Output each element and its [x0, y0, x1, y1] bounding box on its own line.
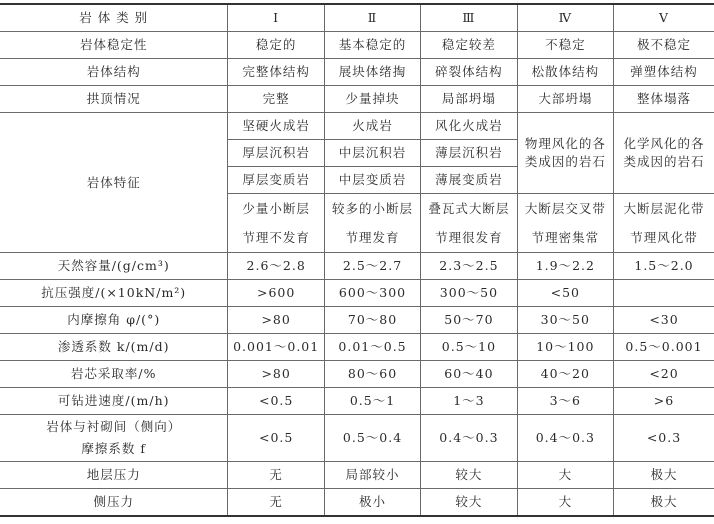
cell: 10～100: [517, 334, 613, 361]
cell: 极不稳定: [614, 32, 714, 59]
row-label: 可钻进速度/(m/h): [0, 388, 228, 415]
cell: 30～50: [517, 307, 613, 334]
row-label: 天然容量/(g/cm³): [0, 253, 228, 280]
table-row-friction-angle: 内摩擦角 φ/(°) >80 70～80 50～70 30～50 <30: [0, 307, 714, 334]
cell: 少量掉块: [324, 86, 420, 113]
cell: 60～40: [421, 361, 517, 388]
cell: 极大: [614, 489, 714, 517]
cell: 叠瓦式大断层 节理很发育: [421, 194, 517, 253]
cell: 较多的小断层 节理发育: [324, 194, 420, 253]
table-row-lining-friction: 岩体与衬砌间（侧向） 摩擦系数 f <0.5 0.5～0.4 0.4～0.3 0…: [0, 415, 714, 462]
row-label: 岩体特征: [0, 113, 228, 253]
cell: 大断层交叉带 节理密集常: [517, 194, 613, 253]
cell-line: 大断层泥化带: [616, 194, 712, 223]
table-row-permeability: 渗透系数 k/(m/d) 0.001～0.01 0.01～0.5 0.5～10 …: [0, 334, 714, 361]
row-label: 抗压强度/(×10kN/m²): [0, 280, 228, 307]
header-label: 岩 体 类 别: [0, 4, 228, 32]
cell: 大: [517, 462, 613, 489]
table-row-strength: 抗压强度/(×10kN/m²) >600 600～300 300～50 <50: [0, 280, 714, 307]
cell: 坚硬火成岩: [228, 113, 324, 140]
cell: 大部坍塌: [517, 86, 613, 113]
cell: 2.6～2.8: [228, 253, 324, 280]
cell-line: 节理不发育: [230, 223, 321, 252]
table-row-density: 天然容量/(g/cm³) 2.6～2.8 2.5～2.7 2.3～2.5 1.9…: [0, 253, 714, 280]
cell-line: 节理密集常: [520, 223, 611, 252]
cell: 厚层沉积岩: [228, 140, 324, 167]
cell: >80: [228, 307, 324, 334]
cell: 极小: [324, 489, 420, 517]
cell: 3～6: [517, 388, 613, 415]
table-row-stability: 岩体稳定性 稳定的 基本稳定的 稳定较差 不稳定 极不稳定: [0, 32, 714, 59]
cell-line: 类成因的岩石: [616, 153, 712, 171]
cell-line: 节理风化带: [616, 223, 712, 252]
cell: 300～50: [421, 280, 517, 307]
cell-line: 大断层交叉带: [520, 194, 611, 223]
table-row-core-recovery: 岩芯采取率/% >80 80～60 60～40 40～20 <20: [0, 361, 714, 388]
cell: 80～60: [324, 361, 420, 388]
cell: 风化火成岩: [421, 113, 517, 140]
cell: 2.3～2.5: [421, 253, 517, 280]
cell: 0.5～0.4: [324, 415, 420, 462]
cell: 50～70: [421, 307, 517, 334]
cell: 0.5～0.001: [614, 334, 714, 361]
cell: 不稳定: [517, 32, 613, 59]
cell: 70～80: [324, 307, 420, 334]
cell: 极大: [614, 462, 714, 489]
cell: 0.5～1: [324, 388, 420, 415]
cell: 大: [517, 489, 613, 517]
cell-weathering-chemical: 化学风化的各 类成因的岩石: [614, 113, 714, 194]
cell: 展块体绪掏: [324, 59, 420, 86]
row-label: 侧压力: [0, 489, 228, 517]
cell: 0.01～0.5: [324, 334, 420, 361]
cell-line: 节理发育: [327, 223, 418, 252]
cell-line: 化学风化的各: [616, 135, 712, 153]
header-class-4: Ⅳ: [517, 4, 613, 32]
cell-line: 少量小断层: [230, 194, 321, 223]
row-label-line: 摩擦系数 f: [2, 438, 225, 460]
header-class-2: Ⅱ: [324, 4, 420, 32]
cell: 火成岩: [324, 113, 420, 140]
table-row-ground-pressure: 地层压力 无 局部较小 较大 大 极大: [0, 462, 714, 489]
row-label: 拱顶情况: [0, 86, 228, 113]
cell: 大断层泥化带 节理风化带: [614, 194, 714, 253]
cell: <0.3: [614, 415, 714, 462]
table-row-lateral-pressure: 侧压力 无 极小 较大 大 极大: [0, 489, 714, 517]
cell: 局部较小: [324, 462, 420, 489]
cell: 较大: [421, 489, 517, 517]
cell: 1.9～2.2: [517, 253, 613, 280]
cell: 局部坍塌: [421, 86, 517, 113]
cell: 无: [228, 489, 324, 517]
header-class-1: Ⅰ: [228, 4, 324, 32]
cell: 0.4～0.3: [517, 415, 613, 462]
cell: 2.5～2.7: [324, 253, 420, 280]
cell: <30: [614, 307, 714, 334]
cell-line: 物理风化的各: [520, 135, 611, 153]
header-row: 岩 体 类 别 Ⅰ Ⅱ Ⅲ Ⅳ Ⅴ: [0, 4, 714, 32]
cell: [614, 280, 714, 307]
cell: 整体塌落: [614, 86, 714, 113]
row-label: 岩体稳定性: [0, 32, 228, 59]
cell: 中层变质岩: [324, 167, 420, 194]
cell-line: 较多的小断层: [327, 194, 418, 223]
cell: <0.5: [228, 415, 324, 462]
row-label: 渗透系数 k/(m/d): [0, 334, 228, 361]
header-class-5: Ⅴ: [614, 4, 714, 32]
cell: 1.5～2.0: [614, 253, 714, 280]
table-row-features-1: 岩体特征 坚硬火成岩 火成岩 风化火成岩 物理风化的各 类成因的岩石 化学风化的…: [0, 113, 714, 140]
rock-classification-table: 岩 体 类 别 Ⅰ Ⅱ Ⅲ Ⅳ Ⅴ 岩体稳定性 稳定的 基本稳定的 稳定较差 不…: [0, 3, 714, 517]
cell: 松散体结构: [517, 59, 613, 86]
table-row-arch: 拱顶情况 完整 少量掉块 局部坍塌 大部坍塌 整体塌落: [0, 86, 714, 113]
cell-line: 类成因的岩石: [520, 153, 611, 171]
cell: 厚层变质岩: [228, 167, 324, 194]
cell: 薄展变质岩: [421, 167, 517, 194]
cell: 40～20: [517, 361, 613, 388]
cell: >6: [614, 388, 714, 415]
cell: 0.4～0.3: [421, 415, 517, 462]
cell: <50: [517, 280, 613, 307]
cell: 基本稳定的: [324, 32, 420, 59]
cell: 0.001～0.01: [228, 334, 324, 361]
cell: 完整: [228, 86, 324, 113]
cell: 碎裂体结构: [421, 59, 517, 86]
cell: 0.5～10: [421, 334, 517, 361]
cell: 600～300: [324, 280, 420, 307]
header-class-3: Ⅲ: [421, 4, 517, 32]
cell: 稳定的: [228, 32, 324, 59]
row-label: 地层压力: [0, 462, 228, 489]
table-row-structure: 岩体结构 完整体结构 展块体绪掏 碎裂体结构 松散体结构 弹塑体结构: [0, 59, 714, 86]
cell: 薄层沉积岩: [421, 140, 517, 167]
cell: 无: [228, 462, 324, 489]
cell: 弹塑体结构: [614, 59, 714, 86]
row-label: 岩体与衬砌间（侧向） 摩擦系数 f: [0, 415, 228, 462]
table-row-drill-speed: 可钻进速度/(m/h) <0.5 0.5～1 1～3 3～6 >6: [0, 388, 714, 415]
cell: >600: [228, 280, 324, 307]
cell-weathering-physical: 物理风化的各 类成因的岩石: [517, 113, 613, 194]
cell: >80: [228, 361, 324, 388]
row-label-line: 岩体与衬砌间（侧向）: [2, 416, 225, 438]
cell-line: 节理很发育: [423, 223, 514, 252]
cell: 稳定较差: [421, 32, 517, 59]
cell: 完整体结构: [228, 59, 324, 86]
cell: 少量小断层 节理不发育: [228, 194, 324, 253]
cell-line: 叠瓦式大断层: [423, 194, 514, 223]
row-label: 岩体结构: [0, 59, 228, 86]
row-label: 内摩擦角 φ/(°): [0, 307, 228, 334]
row-label: 岩芯采取率/%: [0, 361, 228, 388]
cell: <0.5: [228, 388, 324, 415]
cell: 1～3: [421, 388, 517, 415]
cell: 较大: [421, 462, 517, 489]
cell: <20: [614, 361, 714, 388]
cell: 中层沉积岩: [324, 140, 420, 167]
